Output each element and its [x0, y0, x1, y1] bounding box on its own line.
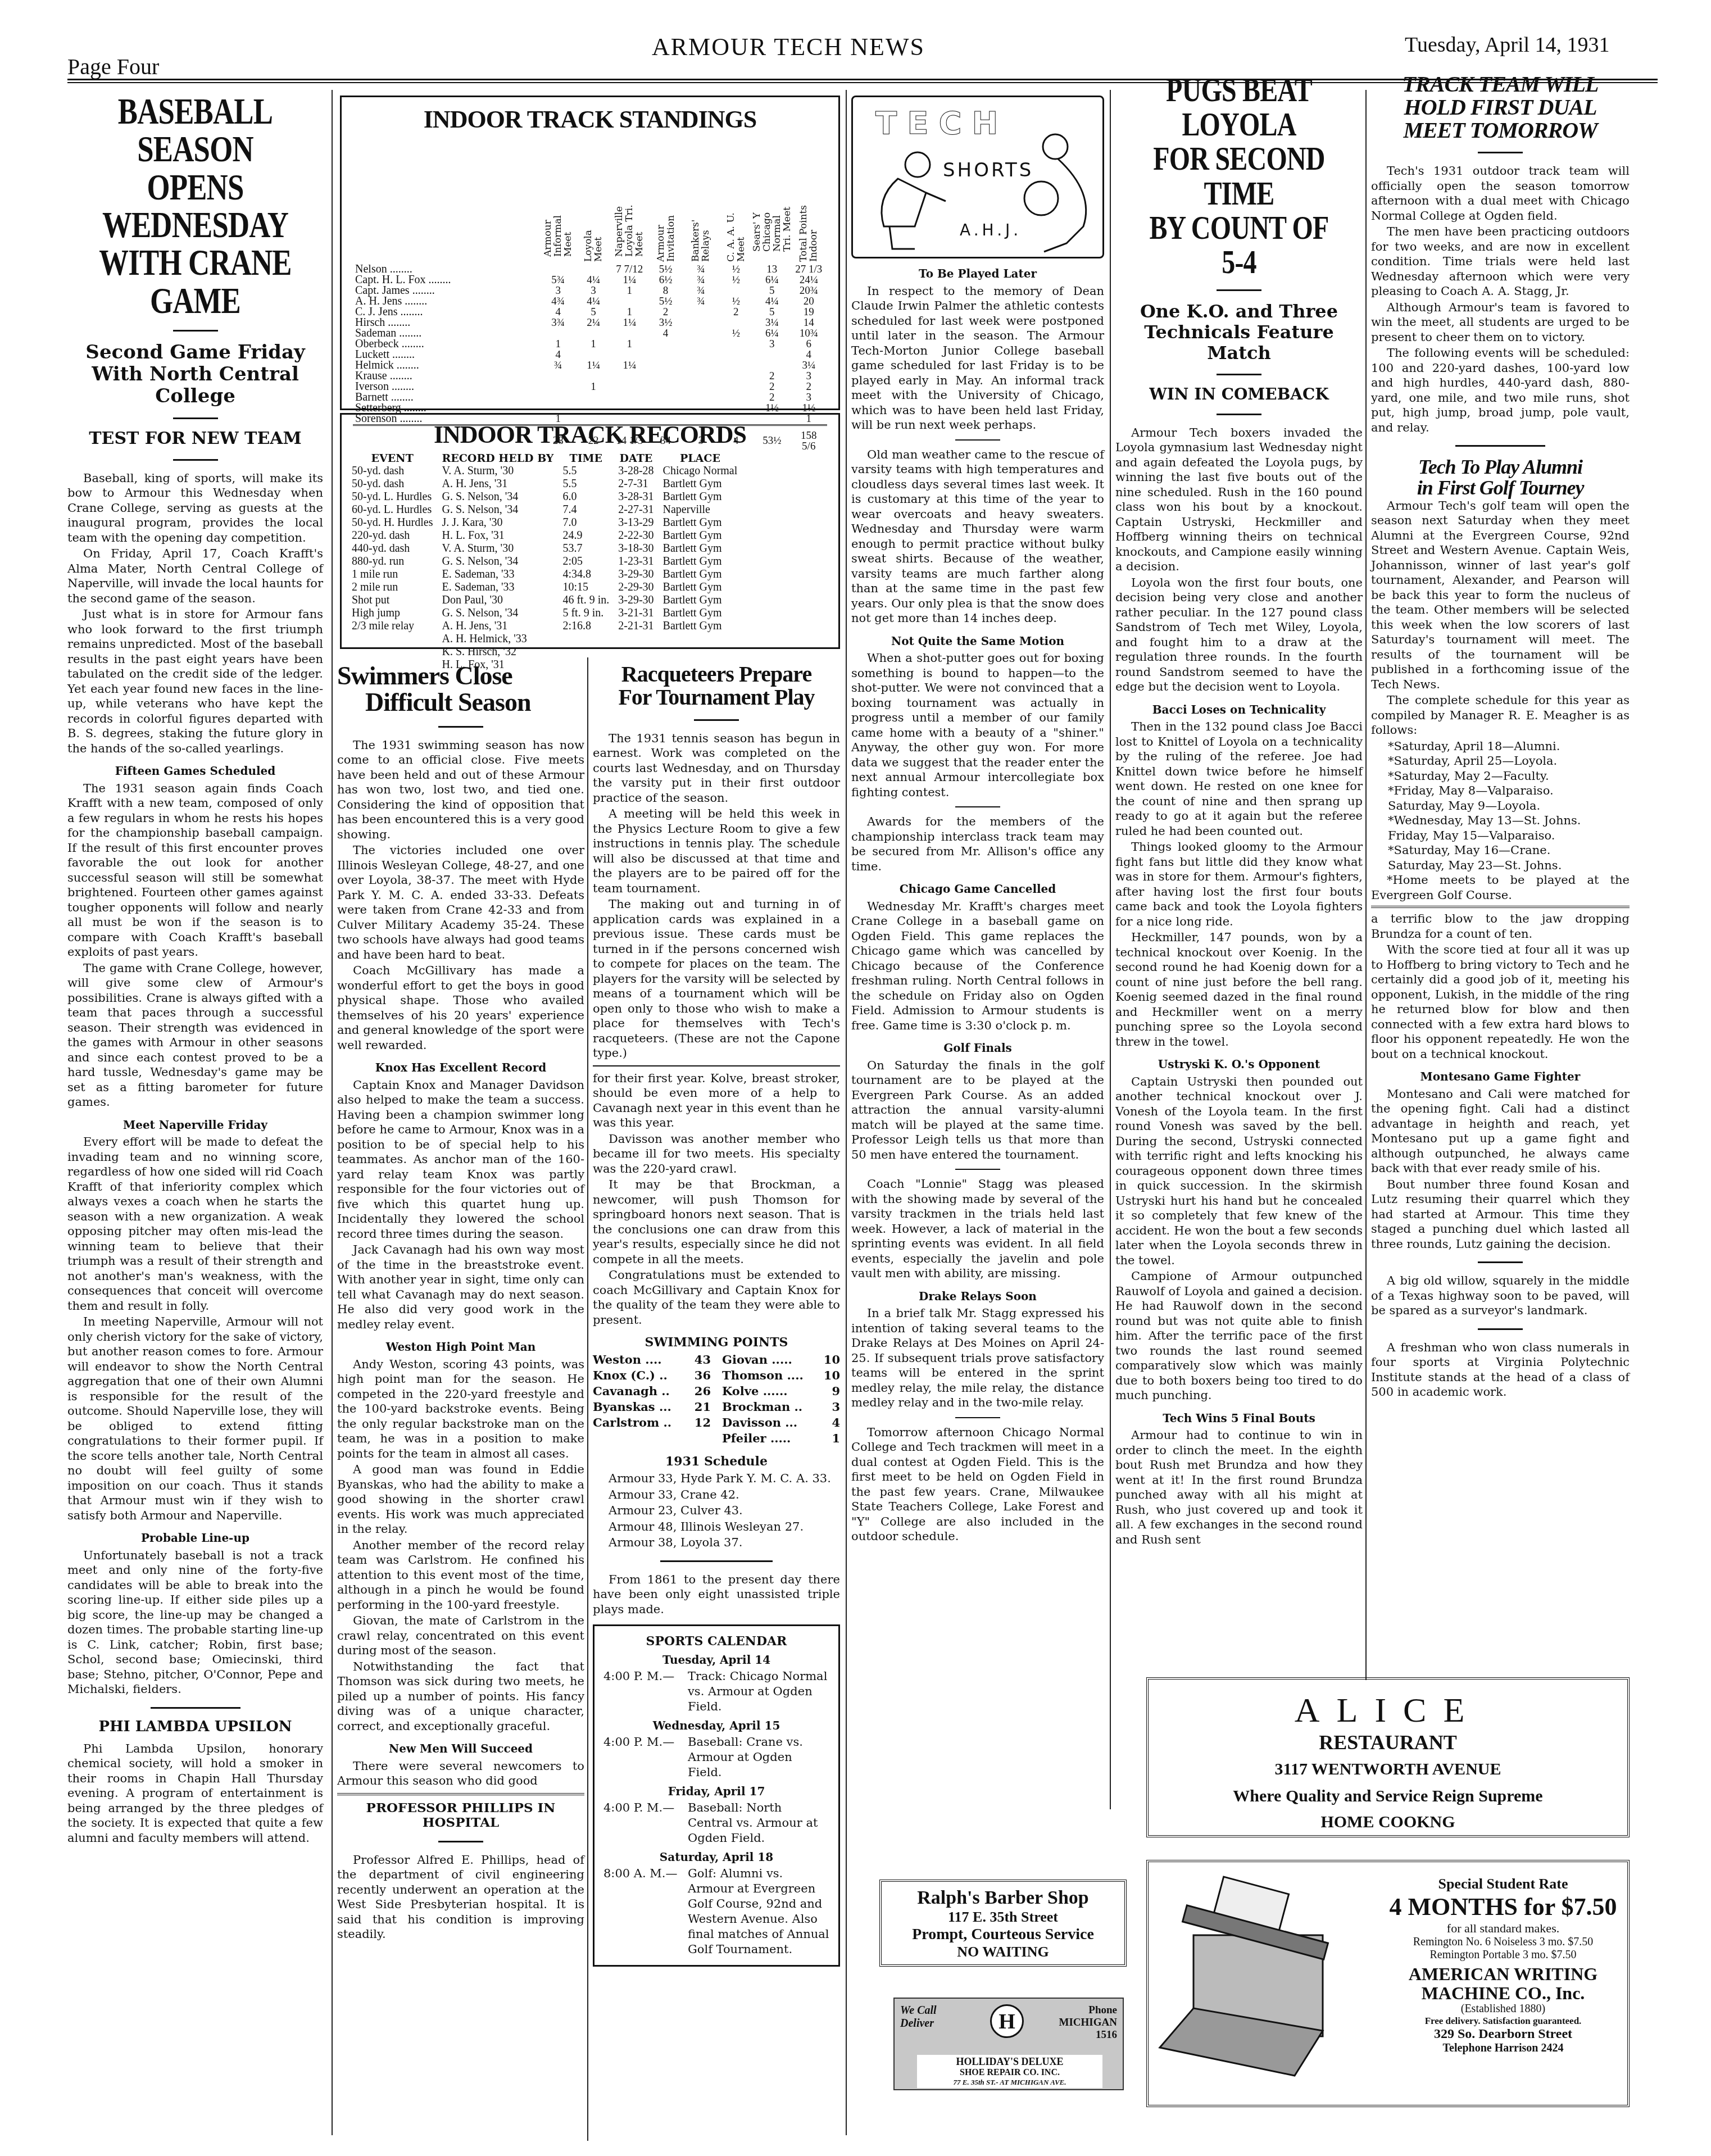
- paragraph: Coach "Lonnie" Stagg was pleased with th…: [851, 1177, 1104, 1281]
- pugs-article: PUGS BEAT LOYOLA FOR SECOND TIME BY COUN…: [1115, 73, 1363, 1548]
- points-row: Brockman ..3: [722, 1399, 840, 1415]
- record-cell: High jump: [347, 607, 437, 620]
- ad-phone: Phone MICHIGAN 1516: [1044, 2004, 1117, 2041]
- points-cell: [719, 382, 754, 392]
- points-cell: 2: [648, 307, 683, 317]
- points-cell: ¾: [683, 264, 718, 275]
- section-heading: Drake Relays Soon: [851, 1289, 1104, 1304]
- event-text: Baseball: Crane vs. Armour at Ogden Fiel…: [688, 1735, 829, 1780]
- page-number: Page Four: [67, 53, 159, 80]
- record-cell: Bartlett Gym: [659, 529, 742, 542]
- points-cell: 7 7/12: [611, 264, 648, 275]
- record-cell: G. S. Nelson, '34: [437, 607, 558, 620]
- points-cell: [683, 360, 718, 371]
- points-cell: [719, 360, 754, 371]
- typewriter-icon: [1149, 1862, 1385, 2098]
- racqueteers-body: The 1931 tennis season has begun in earn…: [593, 731, 840, 1328]
- schedule-item: Armour 23, Culver 43.: [593, 1503, 840, 1518]
- baseball-headline: BASEBALL SEASON OPENS WEDNESDAY WITH CRA…: [93, 93, 298, 320]
- points-row: Carlstrom ..12: [593, 1415, 711, 1431]
- table-row: 50-yd. H. HurdlesJ. J. Kara, '307.03-13-…: [347, 516, 742, 529]
- divider: [955, 439, 1000, 441]
- table-row: K. S. Hirsch, '32: [347, 646, 742, 659]
- points-cell: [683, 339, 718, 350]
- column-header: DATE: [614, 452, 658, 465]
- tech-shorts-body: To Be Played LaterIn respect to the memo…: [851, 266, 1104, 1544]
- track-team-body: Tech's 1931 outdoor track team will offi…: [1371, 164, 1630, 435]
- points-cell: [611, 403, 648, 414]
- record-cell: 3-13-29: [614, 516, 658, 529]
- paragraph: Things looked gloomy to the Armour fight…: [1115, 839, 1363, 929]
- record-cell: [614, 646, 658, 659]
- divider: [173, 417, 218, 419]
- record-cell: 7.0: [558, 516, 614, 529]
- column-header: Naperville Loyola Tri. Meet: [611, 135, 648, 264]
- points-row: Pfeiler .....1: [722, 1431, 840, 1446]
- points-cell: 3: [791, 392, 828, 403]
- record-cell: 880-yd. run: [347, 555, 437, 568]
- calendar-title: SPORTS CALENDAR: [603, 1634, 829, 1649]
- points-cell: 1: [576, 339, 611, 350]
- paragraph: Tech's 1931 outdoor track team will offi…: [1371, 164, 1630, 223]
- points-cell: 4: [648, 328, 683, 339]
- column-header: PLACE: [659, 452, 742, 465]
- record-cell: H. L. Fox, '31: [437, 529, 558, 542]
- golf-schedule-item: *Saturday, May 16—Crane.: [1388, 843, 1630, 858]
- table-row: Krause ........23: [353, 371, 827, 382]
- record-cell: 10:15: [558, 581, 614, 594]
- points-cell: 3¼: [754, 317, 790, 328]
- paragraph: Every effort will be made to defeat the …: [67, 1134, 323, 1313]
- points-cell: 27 1/3: [791, 264, 828, 275]
- points-cell: [611, 392, 648, 403]
- record-cell: 4:34.8: [558, 568, 614, 581]
- points-cell: 2: [754, 371, 790, 382]
- points-cell: [541, 264, 576, 275]
- subhead: Meet Naperville Friday: [67, 1118, 323, 1133]
- calendar-day: Saturday, April 18: [603, 1850, 829, 1864]
- points-cell: 2: [719, 307, 754, 317]
- points-row: Weston ....43: [593, 1352, 711, 1368]
- points-cell: [541, 392, 576, 403]
- ralph-barber-ad: Ralph's Barber Shop 117 E. 35th Street P…: [879, 1880, 1127, 1967]
- points-cell: 5½: [648, 296, 683, 307]
- divider: [955, 1169, 1000, 1170]
- points-cell: [683, 307, 718, 317]
- newspaper-title: ARMOUR TECH NEWS: [652, 33, 925, 61]
- column-header: C. A. A. U. Meet: [719, 135, 754, 264]
- points-row: Giovan .....10: [722, 1352, 840, 1368]
- event-text: Track: Chicago Normal vs. Armour at Ogde…: [688, 1669, 829, 1714]
- record-cell: A. H. Helmick, '33: [437, 633, 558, 646]
- headline-line: PUGS BEAT LOYOLA: [1140, 73, 1338, 142]
- paragraph: The victories included one over Illinois…: [337, 843, 584, 962]
- points-cell: [541, 371, 576, 382]
- points-cell: [576, 403, 611, 414]
- paragraph: Unfortunately baseball is not a track me…: [67, 1548, 323, 1697]
- paragraph: The 1931 swimming season has now come to…: [337, 738, 584, 842]
- calendar-day: Friday, April 17: [603, 1785, 829, 1798]
- points-cell: [576, 264, 611, 275]
- record-cell: 1 mile run: [347, 568, 437, 581]
- paragraph: Bout number three found Kosan and Lutz r…: [1371, 1177, 1630, 1252]
- record-cell: [659, 646, 742, 659]
- points-cell: 3½: [648, 317, 683, 328]
- points-cell: ½: [719, 328, 754, 339]
- points-cell: 24¼: [791, 275, 828, 285]
- ad-delivery: We Call Deliver: [900, 2004, 968, 2030]
- divider: [1478, 152, 1523, 153]
- points-cell: 4: [791, 350, 828, 360]
- paragraph: The complete schedule for this year as c…: [1371, 693, 1630, 738]
- paragraph: The 1931 season again finds Coach Krafft…: [67, 781, 323, 960]
- record-cell: [558, 633, 614, 646]
- paragraph: The following events will be scheduled: …: [1371, 346, 1630, 435]
- swimmer-points: 3: [832, 1399, 840, 1415]
- points-cell: 8: [648, 285, 683, 296]
- points-cell: 1¼: [576, 360, 611, 371]
- ad-phone: Telephone Harrison 2424: [1385, 2042, 1622, 2055]
- swimmer-name: Knox (C.) ..: [593, 1368, 668, 1383]
- pugs-deck: One K.O. and Three Technicals Feature Ma…: [1115, 301, 1363, 363]
- record-cell: 2-29-30: [614, 581, 658, 594]
- ad-subtitle: RESTAURANT: [1149, 1731, 1627, 1754]
- paragraph: Heckmiller, 147 pounds, won by a technic…: [1115, 930, 1363, 1049]
- pugs-continued: a terrific blow to the jaw dropping Brun…: [1371, 911, 1630, 1400]
- points-row: Thomson ....10: [722, 1368, 840, 1383]
- points-cell: [719, 285, 754, 296]
- record-cell: [347, 646, 437, 659]
- table-row: Oberbeck ........11136: [353, 339, 827, 350]
- filler-item: A freshman who won class numerals in fou…: [1371, 1340, 1630, 1400]
- record-cell: G. S. Nelson, '34: [437, 555, 558, 568]
- headline-line: OPENS WEDNESDAY: [93, 169, 298, 244]
- points-cell: [719, 339, 754, 350]
- points-cell: 20: [791, 296, 828, 307]
- paragraph: The making out and turning in of applica…: [593, 897, 840, 1061]
- swimmers-article: Swimmers Close Difficult Season The 1931…: [337, 663, 584, 1943]
- swimmer-name: Brockman ..: [722, 1399, 802, 1415]
- points-cell: [541, 328, 576, 339]
- points-cell: 3¼: [791, 360, 828, 371]
- ad-offer-sub: for all standard makes.: [1385, 1921, 1622, 1936]
- divider: [1478, 1261, 1523, 1263]
- points-cell: 5½: [648, 264, 683, 275]
- table-row: 60-yd. L. HurdlesG. S. Nelson, '347.42-2…: [347, 503, 742, 516]
- paragraph: There were several newcomers to Armour t…: [337, 1759, 584, 1789]
- points-row: Knox (C.) ..36: [593, 1368, 711, 1383]
- divider: [955, 1417, 1000, 1418]
- column-header-label: Bankers' Relays: [691, 245, 711, 262]
- calendar-event: 4:00 P. M.—Track: Chicago Normal vs. Arm…: [603, 1669, 829, 1714]
- paragraph: Coach McGillivary has made a wonderful e…: [337, 963, 584, 1052]
- points-cell: [611, 371, 648, 382]
- points-cell: [719, 392, 754, 403]
- swimmer-name: Kolve ......: [722, 1383, 788, 1399]
- record-cell: Bartlett Gym: [659, 581, 742, 594]
- record-cell: Bartlett Gym: [659, 491, 742, 503]
- event-text: Golf: Alumni vs. Armour at Evergreen Gol…: [688, 1866, 829, 1957]
- points-cell: [648, 360, 683, 371]
- schedule-item: Armour 48, Illinois Wesleyan 27.: [593, 1519, 840, 1535]
- paragraph: Montesano and Cali were matched for the …: [1371, 1087, 1630, 1176]
- headline-line: Difficult Season: [337, 689, 584, 716]
- paragraph: Giovan, the mate of Carlstrom in the cra…: [337, 1613, 584, 1658]
- table-row: High jumpG. S. Nelson, '345 ft. 9 in.3-2…: [347, 607, 742, 620]
- record-cell: 3-28-28: [614, 465, 658, 478]
- points-cell: [648, 382, 683, 392]
- column-rule: [332, 90, 333, 2135]
- points-cell: 1: [611, 285, 648, 296]
- column-header-label: Armour Informal Meet: [543, 240, 573, 257]
- divider: [1455, 445, 1545, 447]
- paragraph: On Friday, April 17, Coach Krafft's Alma…: [67, 546, 323, 606]
- swimmer-name: Giovan .....: [722, 1352, 792, 1368]
- baseball-body: Baseball, king of sports, will make its …: [67, 471, 323, 1697]
- golf-schedule-item: *Saturday, April 18—Alumni.: [1388, 739, 1630, 754]
- paragraph: Congratulations must be extended to coac…: [593, 1268, 840, 1327]
- section-heading: To Be Played Later: [851, 266, 1104, 282]
- cartoon-initials: A.H.J.: [960, 221, 1022, 239]
- points-cell: 3: [791, 371, 828, 382]
- points-cell: 14: [791, 317, 828, 328]
- paragraph: In meeting Naperville, Armour will not o…: [67, 1314, 323, 1523]
- table-row: Iverson ........122: [353, 382, 827, 392]
- headline-line: BASEBALL SEASON: [93, 93, 298, 169]
- paragraph: Then in the 132 pound class Joe Bacci lo…: [1115, 719, 1363, 838]
- paragraph: Captain Ustryski then pounded out anothe…: [1115, 1074, 1363, 1268]
- paragraph: Awards for the members of the championsh…: [851, 814, 1104, 874]
- table-row: 2/3 mile relayA. H. Jens, '312:16.82-21-…: [347, 620, 742, 633]
- record-cell: Bartlett Gym: [659, 620, 742, 633]
- points-cell: ¾: [683, 285, 718, 296]
- record-cell: Shot put: [347, 594, 437, 607]
- points-cell: 4¼: [576, 296, 611, 307]
- phi-lambda-body: Phi Lambda Upsilon, honorary chemical so…: [67, 1741, 323, 1846]
- swimmer-points: 36: [695, 1368, 711, 1383]
- tech-shorts-column: TECH SHORTS A.H.J. To Be Played LaterIn …: [851, 96, 1104, 1545]
- points-cell: [683, 317, 718, 328]
- column-rule: [846, 90, 847, 2135]
- paragraph: Captain Knox and Manager Davidson also h…: [337, 1078, 584, 1242]
- table-row: Shot putDon Paul, '3046 ft. 9 in.3-29-30…: [347, 594, 742, 607]
- table-row: 220-yd. dashH. L. Fox, '3124.92-22-30Bar…: [347, 529, 742, 542]
- table-row: Hirsch ........3¾2¼1¼3½3¼14: [353, 317, 827, 328]
- section-heading: Golf Finals: [851, 1041, 1104, 1056]
- column-header: Armour Invitation: [648, 135, 683, 264]
- points-cell: ½: [719, 296, 754, 307]
- paragraph: Andy Weston, scoring 43 points, was high…: [337, 1357, 584, 1461]
- column-rule: [587, 657, 588, 2141]
- phi-lambda-headline: PHI LAMBDA UPSILON: [67, 1719, 323, 1736]
- record-cell: 2-27-31: [614, 503, 658, 516]
- points-cell: [754, 350, 790, 360]
- ad-title: HOLLIDAY'S DELUXE: [918, 2056, 1101, 2068]
- calendar-event: 4:00 P. M.—Baseball: North Central vs. A…: [603, 1800, 829, 1846]
- divider: [660, 1560, 773, 1562]
- ad-slogan: Where Quality and Service Reign Supreme: [1149, 1787, 1627, 1806]
- event-time: 4:00 P. M.—: [603, 1800, 688, 1846]
- swimmer-name: Pfeiler .....: [722, 1431, 791, 1446]
- record-cell: E. Sademan, '33: [437, 581, 558, 594]
- column-header-label: Sears' Y Chicago Normal Tri. Meet: [752, 235, 792, 252]
- record-cell: 3-18-30: [614, 542, 658, 555]
- points-row: Byanskas ...21: [593, 1399, 711, 1415]
- standings-table: Armour Informal MeetLoyola MeetNapervill…: [353, 135, 827, 452]
- subhead: Fifteen Games Scheduled: [67, 764, 323, 779]
- points-cell: 1: [541, 339, 576, 350]
- swimmer-name: Davisson ...: [722, 1415, 797, 1431]
- typewriter-ad: Special Student Rate 4 MONTHS for $7.50 …: [1146, 1860, 1630, 2107]
- record-cell: Chicago Normal: [659, 465, 742, 478]
- swimming-points-title: SWIMMING POINTS: [593, 1335, 840, 1350]
- points-cell: 10¾: [791, 328, 828, 339]
- records-table: EVENTRECORD HELD BYTIMEDATEPLACE 50-yd. …: [347, 452, 742, 671]
- paragraph: Davisson was another member who became i…: [593, 1132, 840, 1177]
- points-cell: [576, 392, 611, 403]
- record-cell: G. S. Nelson, '34: [437, 491, 558, 503]
- record-cell: K. S. Hirsch, '32: [437, 646, 558, 659]
- ad-slogan: Prompt, Courteous Service: [882, 1926, 1124, 1944]
- record-cell: 2/3 mile relay: [347, 620, 437, 633]
- tech-shorts-cartoon: TECH SHORTS A.H.J.: [851, 96, 1104, 258]
- event-time: 4:00 P. M.—: [603, 1735, 688, 1780]
- points-cell: 1¼: [611, 360, 648, 371]
- points-cell: [611, 328, 648, 339]
- points-cell: 2¼: [576, 317, 611, 328]
- column-header: EVENT: [347, 452, 437, 465]
- section-heading: Chicago Game Cancelled: [851, 882, 1104, 897]
- swimmer-points: 43: [695, 1352, 711, 1368]
- record-cell: Bartlett Gym: [659, 594, 742, 607]
- record-cell: 50-yd. dash: [347, 465, 437, 478]
- column-header-label: Loyola Meet: [583, 245, 603, 262]
- swim-schedule-title: 1931 Schedule: [593, 1454, 840, 1469]
- baseball-deck2: TEST FOR NEW TEAM: [67, 429, 323, 449]
- table-row: 50-yd. dashV. A. Sturm, '305.53-28-28Chi…: [347, 465, 742, 478]
- record-cell: A. H. Jens, '31: [437, 620, 558, 633]
- table-row: 50-yd. dashA. H. Jens, '315.52-7-31Bartl…: [347, 478, 742, 491]
- points-cell: [541, 403, 576, 414]
- subhead: Bacci Loses on Technicality: [1115, 702, 1363, 718]
- column-header: Total Points Indoor: [791, 135, 828, 264]
- racqueteers-headline: Racqueteers Prepare For Tournament Play: [593, 663, 840, 709]
- record-cell: 3-29-30: [614, 568, 658, 581]
- ad-company: AMERICAN WRITING MACHINE CO., Inc.: [1385, 1965, 1622, 2003]
- ad-lead: Special Student Rate: [1385, 1876, 1622, 1892]
- points-cell: 2: [791, 382, 828, 392]
- holliday-shoe-ad: We Call Deliver H Phone MICHIGAN 1516 HO…: [893, 1998, 1124, 2090]
- phillips-body: Professor Alfred E. Phillips, head of th…: [337, 1853, 584, 1942]
- points-cell: [719, 371, 754, 382]
- points-cell: 2: [754, 382, 790, 392]
- divider: [694, 719, 739, 721]
- points-cell: 6: [791, 339, 828, 350]
- ad-tagline: HOME COOKNG: [1149, 1813, 1627, 1832]
- pugs-headline: PUGS BEAT LOYOLA FOR SECOND TIME BY COUN…: [1140, 73, 1338, 279]
- divider: [1217, 374, 1261, 375]
- paragraph: Jack Cavanagh had his own way most of th…: [337, 1242, 584, 1332]
- swimmers-body: The 1931 swimming season has now come to…: [337, 738, 584, 1789]
- points-cell: 6¼: [754, 275, 790, 285]
- points-cell: [541, 382, 576, 392]
- headline-line: WITH CRANE GAME: [93, 244, 298, 320]
- paragraph: Loyola won the first four bouts, one dec…: [1115, 575, 1363, 695]
- paragraph: With the score tied at four all it was u…: [1371, 942, 1630, 1061]
- paragraph: Just what is in store for Armour fans wh…: [67, 607, 323, 756]
- headline-line: Tech To Play Alumni: [1371, 457, 1630, 478]
- points-cell: 5: [576, 307, 611, 317]
- paragraph: Baseball, king of sports, will make its …: [67, 471, 323, 546]
- subhead: Montesano Game Fighter: [1371, 1069, 1630, 1084]
- name-col: [353, 135, 541, 264]
- calendar-day: Wednesday, April 15: [603, 1719, 829, 1732]
- paragraph: Professor Alfred E. Phillips, head of th…: [337, 1853, 584, 1942]
- headline-line: BY COUNT OF 5-4: [1140, 211, 1338, 279]
- track-team-headline: TRACK TEAM WILL HOLD FIRST DUAL MEET TOM…: [1371, 73, 1630, 142]
- paragraph: A good man was found in Eddie Byanskas, …: [337, 1462, 584, 1537]
- paragraph: In a brief talk Mr. Stagg expressed his …: [851, 1306, 1104, 1410]
- swimmer-points: 26: [695, 1383, 711, 1399]
- paragraph: Armour had to continue to win in order t…: [1115, 1428, 1363, 1547]
- pitcher-figure-icon: [1022, 131, 1100, 257]
- swimmer-points: 10: [824, 1368, 840, 1383]
- record-cell: 2:05: [558, 555, 614, 568]
- points-cell: ¾: [541, 360, 576, 371]
- points-cell: ¾: [683, 275, 718, 285]
- points-cell: ½: [719, 264, 754, 275]
- record-cell: V. A. Sturm, '30: [437, 542, 558, 555]
- points-cell: 1: [611, 339, 648, 350]
- headline-line: Racqueteers Prepare: [593, 663, 840, 686]
- swimmers-headline: Swimmers Close Difficult Season: [337, 663, 584, 716]
- swimmer-name: Thomson ....: [722, 1368, 804, 1383]
- ad-address: 3117 WENTWORTH AVENUE: [1149, 1760, 1627, 1779]
- record-cell: Bartlett Gym: [659, 542, 742, 555]
- pugs-body: Armour Tech boxers invaded the Loyola gy…: [1115, 425, 1363, 1547]
- headline-line: Swimmers Close: [337, 663, 584, 689]
- ad-offer: 4 MONTHS for $7.50: [1385, 1892, 1622, 1921]
- record-cell: Bartlett Gym: [659, 516, 742, 529]
- table-row: A. H. Helmick, '33: [347, 633, 742, 646]
- points-cell: 6½: [648, 275, 683, 285]
- ad-line: Remington Portable 3 mo. $7.50: [1385, 1949, 1622, 1962]
- record-cell: [659, 633, 742, 646]
- standings-title: INDOOR TRACK STANDINGS: [353, 107, 827, 133]
- swimmer-points: 9: [832, 1383, 840, 1399]
- points-cell: ½: [719, 275, 754, 285]
- points-row: Kolve ......9: [722, 1383, 840, 1399]
- points-cell: 19: [791, 307, 828, 317]
- swimmer-points: 1: [832, 1431, 840, 1446]
- table-row: 2 mile runE. Sademan, '3310:152-29-30Bar…: [347, 581, 742, 594]
- record-cell: A. H. Jens, '31: [437, 478, 558, 491]
- divider: [1217, 414, 1261, 415]
- table-row: 440-yd. dashV. A. Sturm, '3053.73-18-30B…: [347, 542, 742, 555]
- paragraph: Tomorrow afternoon Chicago Normal Colleg…: [851, 1425, 1104, 1544]
- swimmer-points: 21: [695, 1399, 711, 1415]
- golf-schedule-item: *Saturday, April 25—Loyola.: [1388, 754, 1630, 769]
- record-cell: Naperville: [659, 503, 742, 516]
- points-cell: 1½: [754, 403, 790, 414]
- record-cell: Bartlett Gym: [659, 478, 742, 491]
- cartoon-title: TECH: [875, 105, 1008, 142]
- record-cell: 220-yd. dash: [347, 529, 437, 542]
- points-cell: [648, 403, 683, 414]
- paragraph: The 1931 tennis season has begun in earn…: [593, 731, 840, 806]
- record-cell: E. Sademan, '33: [437, 568, 558, 581]
- column-header: TIME: [558, 452, 614, 465]
